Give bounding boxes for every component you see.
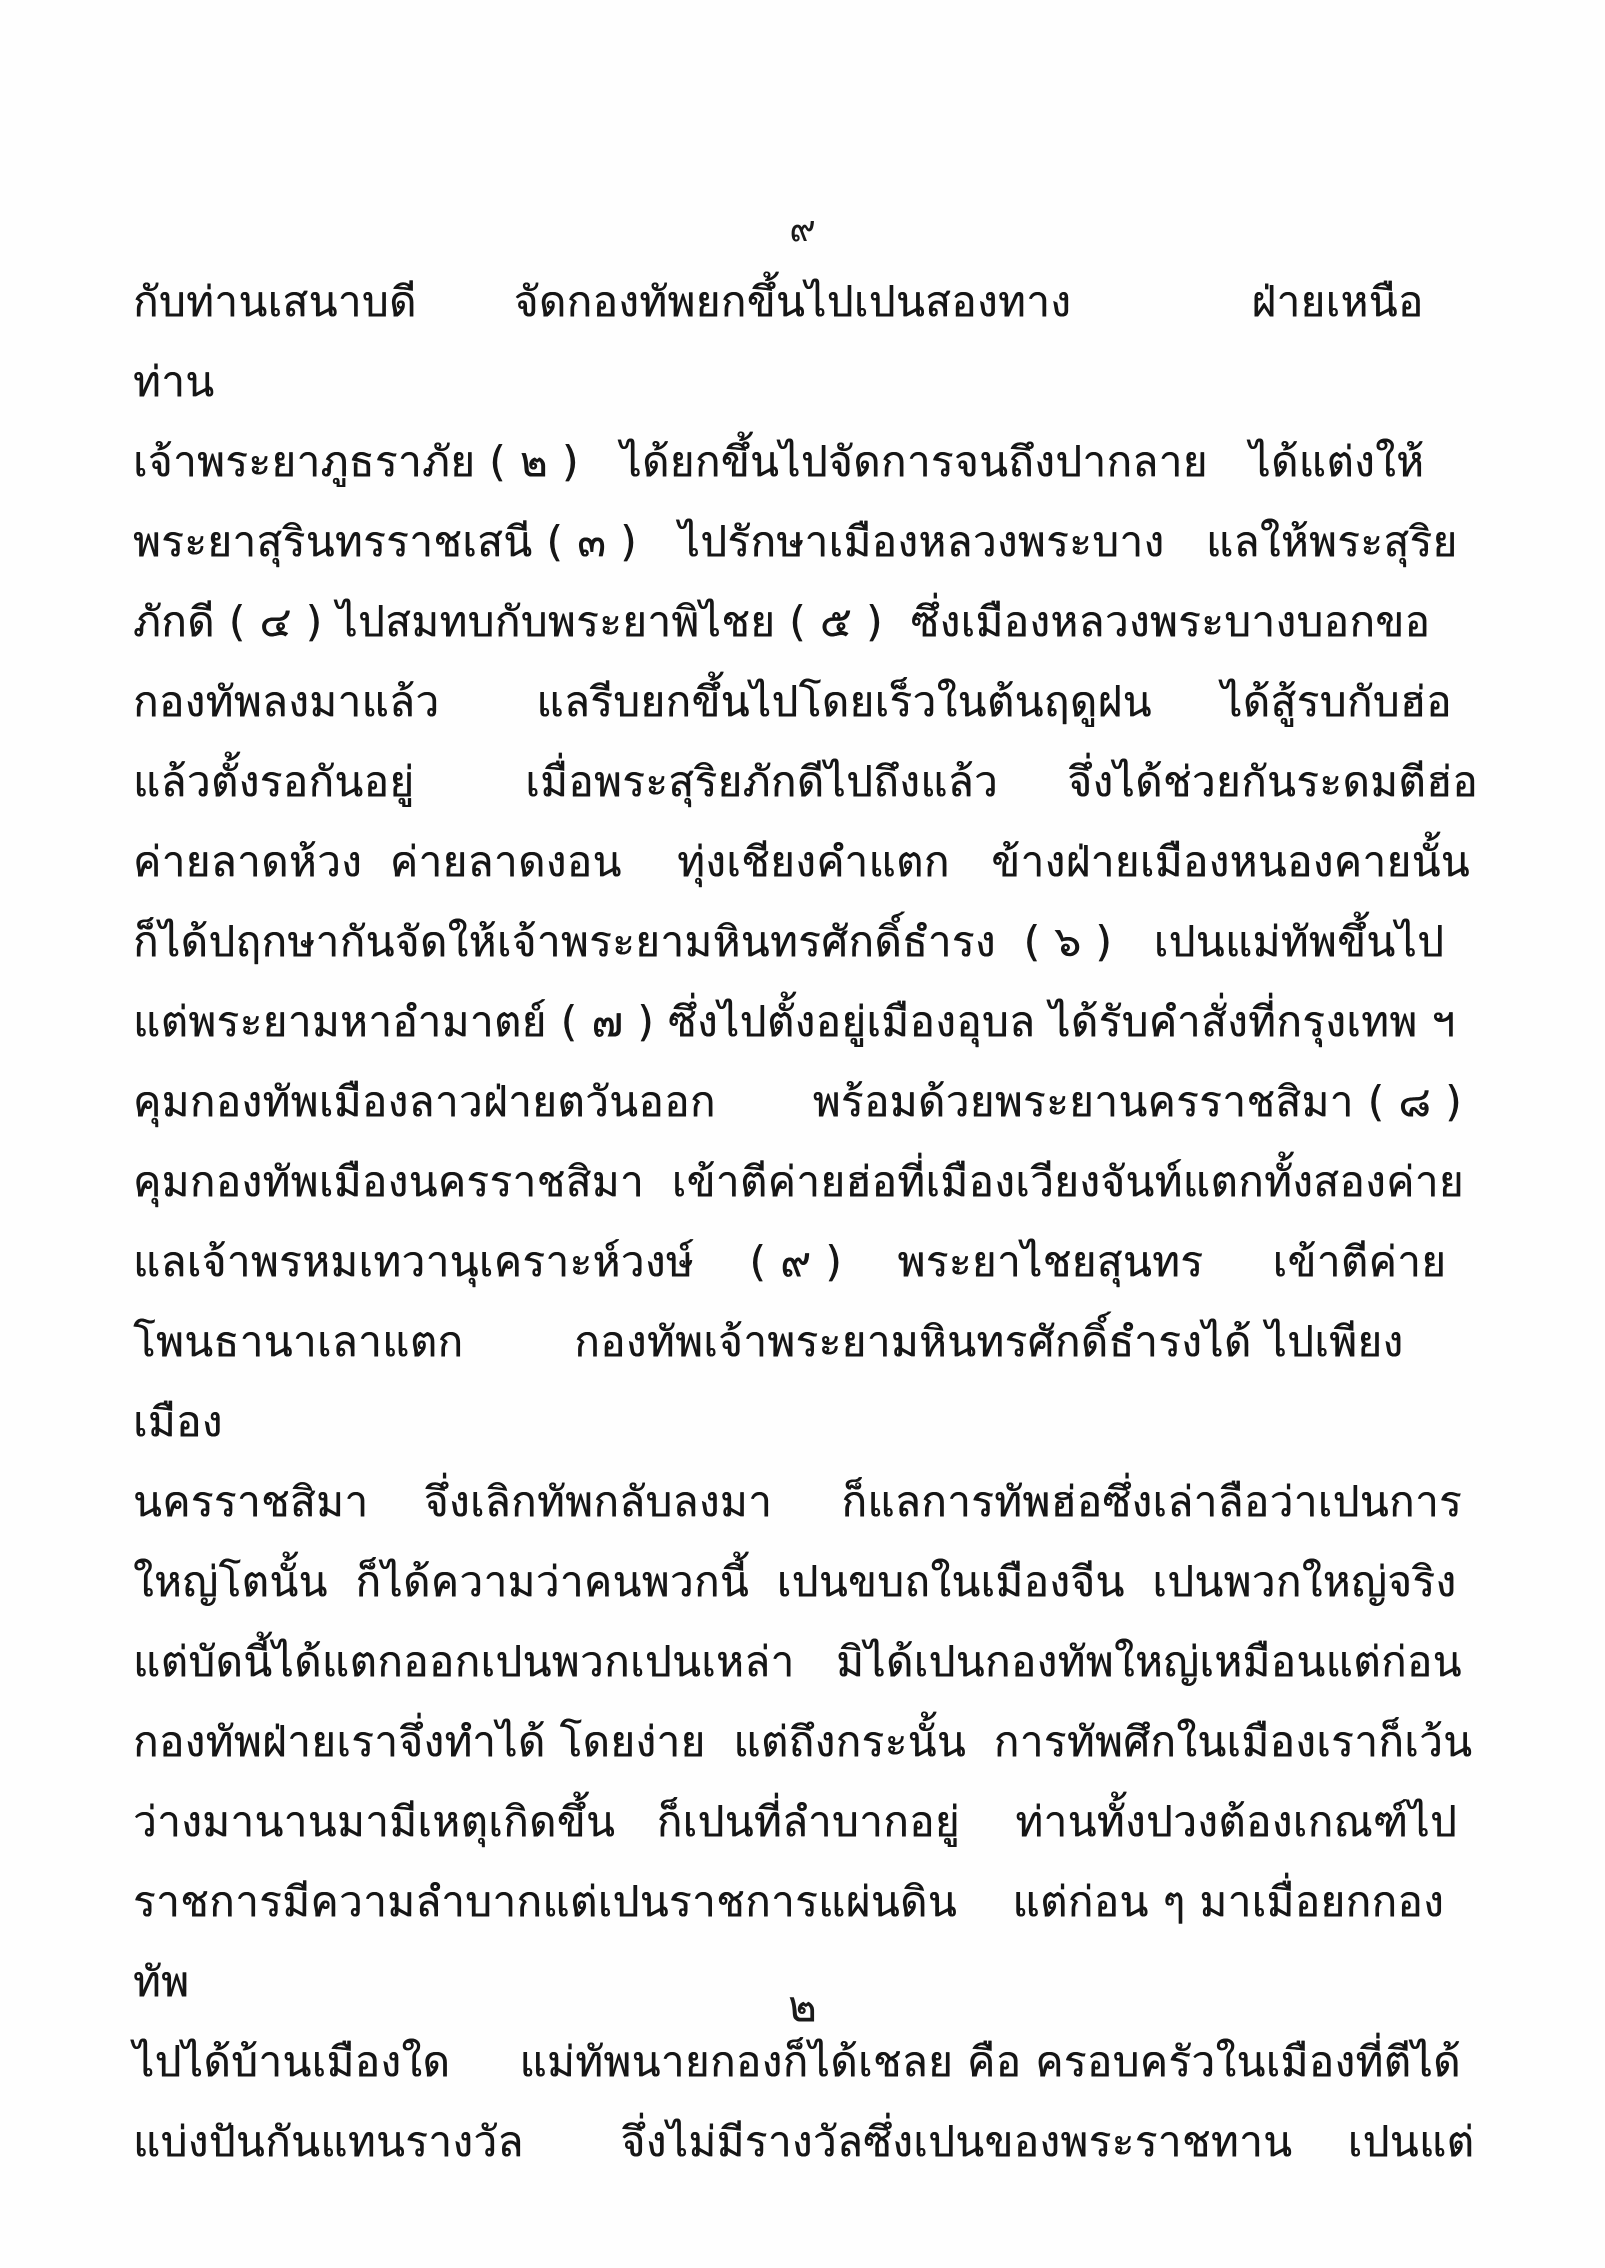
- text-line: นครราชสิมา จึ่งเลิกทัพกลับลงมา ก็แลการทั…: [133, 1462, 1478, 1542]
- text-line: กับท่านเสนาบดี จัดกองทัพยกขึ้นไปเปนสองทา…: [133, 262, 1478, 422]
- text-line: โพนธานาเลาแตก กองทัพเจ้าพระยามหินทรศักดิ…: [133, 1302, 1478, 1462]
- text-line: พระยาสุรินทรราชเสนี ( ๓ ) ไปรักษาเมืองหล…: [133, 502, 1478, 582]
- text-line: คุมกองทัพเมืองลาวฝ่ายตวันออก พร้อมด้วยพร…: [133, 1062, 1478, 1142]
- text-line: กองทัพลงมาแล้ว แลรีบยกขึ้นไปโดยเร็วในต้น…: [133, 662, 1478, 742]
- page-number-top: ๙: [0, 212, 1605, 248]
- text-line: ว่างมานานมามีเหตุเกิดขึ้น ก็เปนที่ลำบากอ…: [133, 1782, 1478, 1862]
- text-line: ภักดี ( ๔ ) ไปสมทบกับพระยาพิไชย ( ๕ ) ซึ…: [133, 582, 1478, 662]
- text-line: แลเจ้าพรหมเทวานุเคราะห์วงษ์ ( ๙ ) พระยาไ…: [133, 1222, 1478, 1302]
- page-number-bottom: ๒: [0, 1985, 1605, 2029]
- text-line: กองทัพฝ่ายเราจึ่งทำได้ โดยง่าย แต่ถึงกระ…: [133, 1702, 1478, 1782]
- text-line: แบ่งปันกันแทนรางวัล จึ่งไม่มีรางวัลซึ่งเ…: [133, 2102, 1478, 2182]
- text-line: ก็ได้ปฤกษากันจัดให้เจ้าพระยามหินทรศักดิ์…: [133, 902, 1478, 982]
- scanned-book-page: ๙ กับท่านเสนาบดี จัดกองทัพยกขึ้นไปเปนสอง…: [0, 0, 1605, 2268]
- text-line: ค่ายลาดห้วง ค่ายลาดงอน ทุ่งเชียงคำแตก ข้…: [133, 822, 1478, 902]
- text-line: ไปได้บ้านเมืองใด แม่ทัพนายกองก็ได้เชลย ค…: [133, 2022, 1478, 2102]
- text-line: เจ้าพระยาภูธราภัย ( ๒ ) ได้ยกขึ้นไปจัดกา…: [133, 422, 1478, 502]
- text-line: ใหญ่โตนั้น ก็ได้ความว่าคนพวกนี้ เปนขบถใน…: [133, 1542, 1478, 1622]
- text-line: คุมกองทัพเมืองนครราชสิมา เข้าตีค่ายฮ่อที…: [133, 1142, 1478, 1222]
- text-line: แต่พระยามหาอำมาตย์ ( ๗ ) ซึ่งไปตั้งอยู่เ…: [133, 982, 1478, 1062]
- text-block: กับท่านเสนาบดี จัดกองทัพยกขึ้นไปเปนสองทา…: [133, 262, 1478, 2182]
- text-line: แล้วตั้งรอกันอยู่ เมื่อพระสุริยภักดีไปถึ…: [133, 742, 1478, 822]
- text-line: แต่บัดนี้ได้แตกออกเปนพวกเปนเหล่า มิได้เป…: [133, 1622, 1478, 1702]
